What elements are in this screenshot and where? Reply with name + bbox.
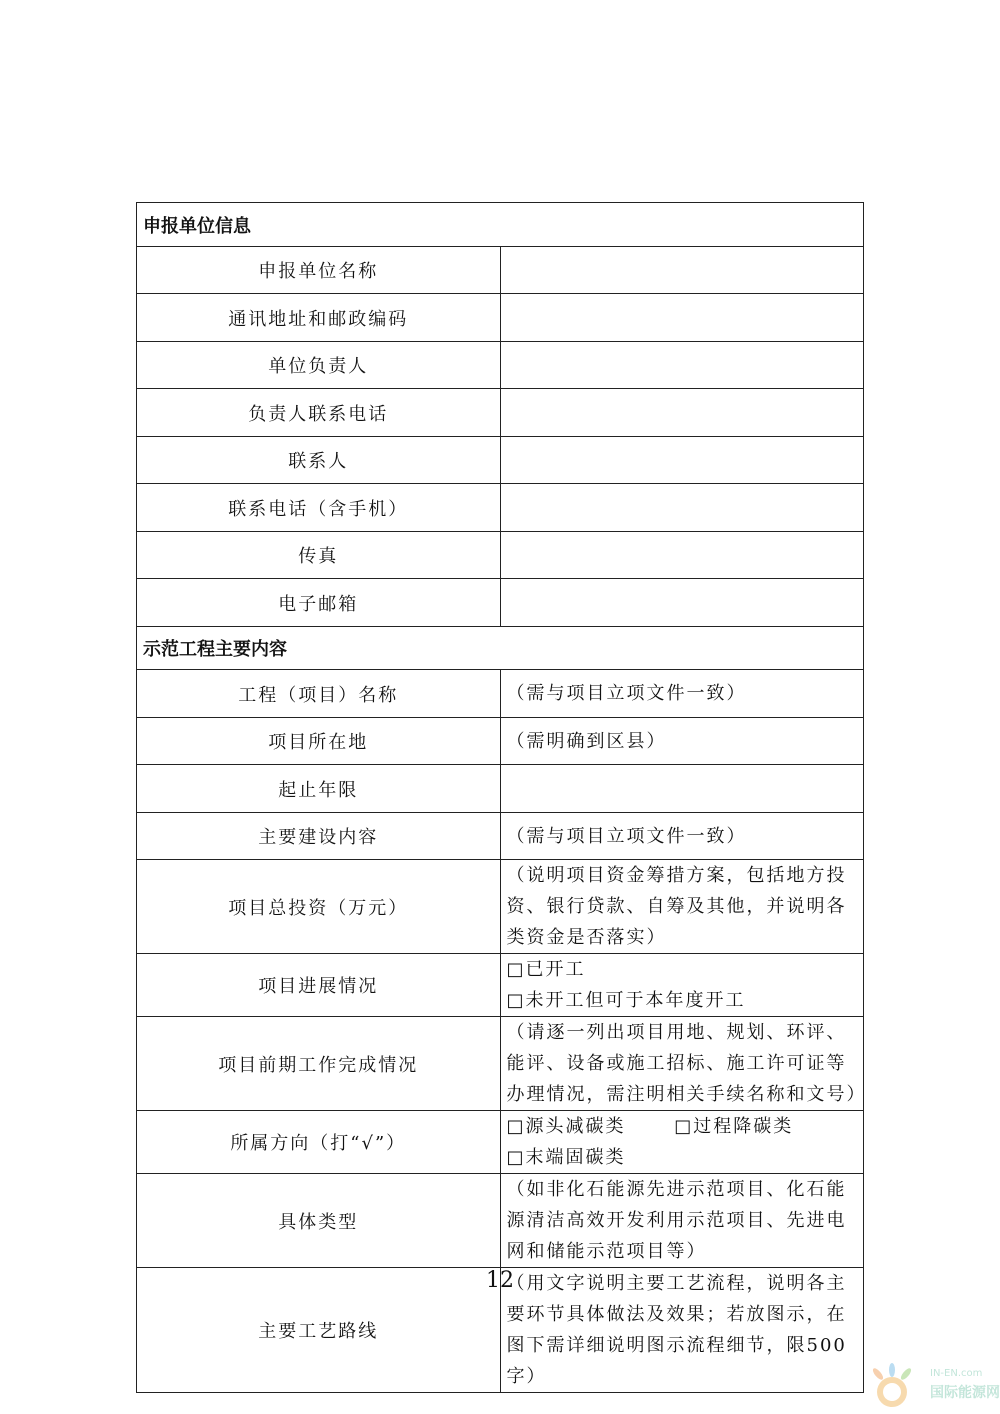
row-label: 项目前期工作完成情况 (137, 1017, 501, 1111)
contact-phone-field[interactable] (500, 484, 864, 532)
total-investment-field[interactable]: （说明项目资金筹措方案，包括地方投资、银行贷款、自筹及其他，并说明各类资金是否落… (500, 860, 864, 954)
row-label: 主要建设内容 (137, 813, 501, 860)
row-label: 所属方向（打“√”） (137, 1111, 501, 1174)
row-label: 项目进展情况 (137, 954, 501, 1017)
application-form-table: 申报单位信息 申报单位名称 通讯地址和邮政编码 单位负责人 负责人联系电话 联系… (136, 202, 864, 1393)
option-source-reduction-checkbox[interactable]: □源头减碳类 (507, 1111, 667, 1142)
watermark-logo: IN-EN.com 国际能源网 (860, 1360, 1000, 1410)
row-label: 申报单位名称 (137, 247, 501, 294)
project-location-field[interactable]: （需明确到区县） (500, 718, 864, 765)
row-label: 联系电话（含手机） (137, 484, 501, 532)
section-project-title: 示范工程主要内容 (137, 627, 864, 670)
unit-head-field[interactable] (500, 342, 864, 389)
progress-options: □已开工 □未开工但可于本年度开工 (500, 954, 864, 1017)
row-label: 具体类型 (137, 1174, 501, 1268)
email-field[interactable] (500, 579, 864, 627)
watermark-name: 国际能源网 (930, 1382, 1000, 1402)
row-label: 传真 (137, 532, 501, 579)
period-field[interactable] (500, 765, 864, 813)
contact-field[interactable] (500, 437, 864, 484)
option-not-started-checkbox[interactable]: □未开工但可于本年度开工 (507, 985, 746, 1016)
option-end-sequestration-checkbox[interactable]: □末端固碳类 (507, 1142, 626, 1173)
specific-type-field[interactable]: （如非化石能源先进示范项目、化石能源清洁高效开发利用示范项目、先进电网和储能示范… (500, 1174, 864, 1268)
address-field[interactable] (500, 294, 864, 342)
sun-logo-icon (860, 1360, 920, 1410)
watermark-domain: IN-EN.com (930, 1368, 982, 1379)
row-label: 项目总投资（万元） (137, 860, 501, 954)
project-name-field[interactable]: （需与项目立项文件一致） (500, 670, 864, 718)
row-label: 起止年限 (137, 765, 501, 813)
construction-content-field[interactable]: （需与项目立项文件一致） (500, 813, 864, 860)
option-started-checkbox[interactable]: □已开工 (507, 954, 627, 985)
row-label: 项目所在地 (137, 718, 501, 765)
head-phone-field[interactable] (500, 389, 864, 437)
row-label: 负责人联系电话 (137, 389, 501, 437)
direction-options: □源头减碳类 □过程降碳类 □末端固碳类 (500, 1111, 864, 1174)
unit-name-field[interactable] (500, 247, 864, 294)
row-label: 电子邮箱 (137, 579, 501, 627)
row-label: 工程（项目）名称 (137, 670, 501, 718)
row-label: 联系人 (137, 437, 501, 484)
row-label: 单位负责人 (137, 342, 501, 389)
section-unit-info-title: 申报单位信息 (137, 203, 864, 247)
fax-field[interactable] (500, 532, 864, 579)
option-process-reduction-checkbox[interactable]: □过程降碳类 (674, 1111, 834, 1142)
row-label: 通讯地址和邮政编码 (137, 294, 501, 342)
preliminary-work-field[interactable]: （请逐一列出项目用地、规划、环评、能评、设备或施工招标、施工许可证等办理情况，需… (500, 1017, 864, 1111)
page-number: 12 (0, 1268, 1000, 1293)
